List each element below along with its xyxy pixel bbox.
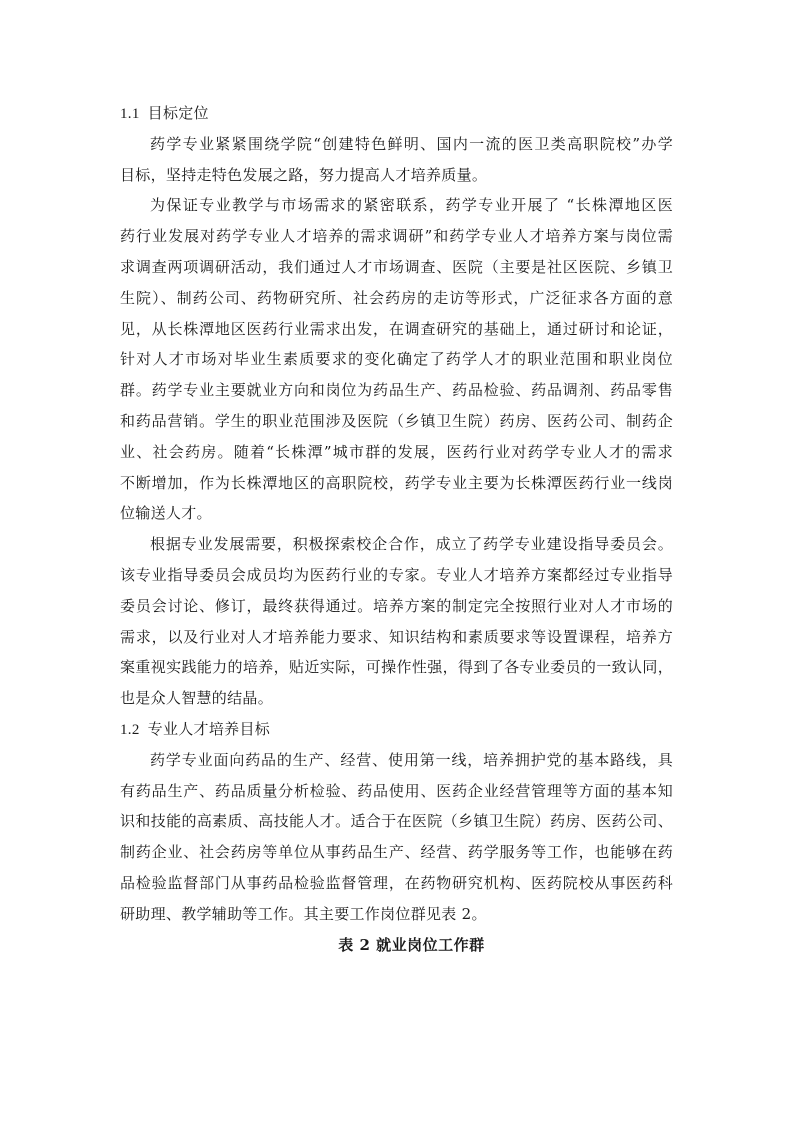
section-heading-1-2: 1.2专业人才培养目标 [120,714,673,745]
text-line: 群。药学专业主要就业方向和岗位为药品生产、药品检验、药品调剂、药品零售 [120,375,673,406]
text-line: 案重视实践能力的培养，贴近实际，可操作性强，得到了各专业委员的一致认同， [120,652,673,683]
text-line: 位输送人才。 [120,498,673,529]
text-line: 有药品生产、药品质量分析检验、药品使用、医药企业经营管理等方面的基本知 [120,776,673,807]
text-line: 生院）、制药公司、药物研究所、社会药房的走访等形式，广泛征求各方面的意 [120,283,673,314]
text-line: 品检验监督部门从事药品检验监督管理，在药物研究机构、医药院校从事医药科 [120,868,673,899]
text-line: 研助理、教学辅助等工作。其主要工作岗位群见表 2。 [120,899,673,930]
text-line: 不断增加，作为长株潭地区的高职院校，药学专业主要为长株潭医药行业一线岗 [120,468,673,499]
section-title: 专业人才培养目标 [148,720,270,738]
text-line: 根据专业发展需要，积极探索校企合作，成立了药学专业建设指导委员会。 [120,529,673,560]
paragraph-1-1-b: 为保证专业教学与市场需求的紧密联系，药学专业开展了 “长株潭地区医 药行业发展对… [120,190,673,529]
text-line: 求调查两项调研活动，我们通过人才市场调查、医院（主要是社区医院、乡镇卫 [120,252,673,283]
section-number: 1.2 [120,722,140,738]
paragraph-1-2-a: 药学专业面向药品的生产、经营、使用第一线，培养拥护党的基本路线，具 有药品生产、… [120,745,673,930]
text-line: 为保证专业教学与市场需求的紧密联系，药学专业开展了 “长株潭地区医 [120,190,673,221]
text-line: 药学专业紧紧围绕学院“创建特色鲜明、国内一流的医卫类高职院校”办学 [120,129,673,160]
table-caption: 表 2 就业岗位工作群 [120,930,673,960]
text-line: 委员会讨论、修订，最终获得通过。培养方案的制定完全按照行业对人才市场的 [120,591,673,622]
text-line: 药学专业面向药品的生产、经营、使用第一线，培养拥护党的基本路线，具 [120,745,673,776]
paragraph-1-1-c: 根据专业发展需要，积极探索校企合作，成立了药学专业建设指导委员会。 该专业指导委… [120,529,673,714]
section-heading-1-1: 1.1目标定位 [120,98,673,129]
text-line: 和药品营销。学生的职业范围涉及医院（乡镇卫生院）药房、医药公司、制药企 [120,406,673,437]
document-page: 1.1目标定位 药学专业紧紧围绕学院“创建特色鲜明、国内一流的医卫类高职院校”办… [120,98,673,960]
paragraph-1-1-a: 药学专业紧紧围绕学院“创建特色鲜明、国内一流的医卫类高职院校”办学 目标，坚持走… [120,129,673,191]
text-line: 见，从长株潭地区医药行业需求出发，在调查研究的基础上，通过研讨和论证， [120,314,673,345]
text-line: 针对人才市场对毕业生素质要求的变化确定了药学人才的职业范围和职业岗位 [120,344,673,375]
section-number: 1.1 [120,106,140,122]
text-line: 也是众人智慧的结晶。 [120,683,673,714]
text-line: 目标，坚持走特色发展之路，努力提高人才培养质量。 [120,160,673,191]
text-line: 业、社会药房。随着“长株潭”城市群的发展，医药行业对药学专业人才的需求 [120,437,673,468]
section-title: 目标定位 [148,104,209,122]
text-line: 识和技能的高素质、高技能人才。适合于在医院（乡镇卫生院）药房、医药公司、 [120,806,673,837]
text-line: 药行业发展对药学专业人才培养的需求调研”和药学专业人才培养方案与岗位需 [120,221,673,252]
text-line: 需求，以及行业对人才培养能力要求、知识结构和素质要求等设置课程，培养方 [120,622,673,653]
text-line: 制药企业、社会药房等单位从事药品生产、经营、药学服务等工作，也能够在药 [120,837,673,868]
text-line: 该专业指导委员会成员均为医药行业的专家。专业人才培养方案都经过专业指导 [120,560,673,591]
